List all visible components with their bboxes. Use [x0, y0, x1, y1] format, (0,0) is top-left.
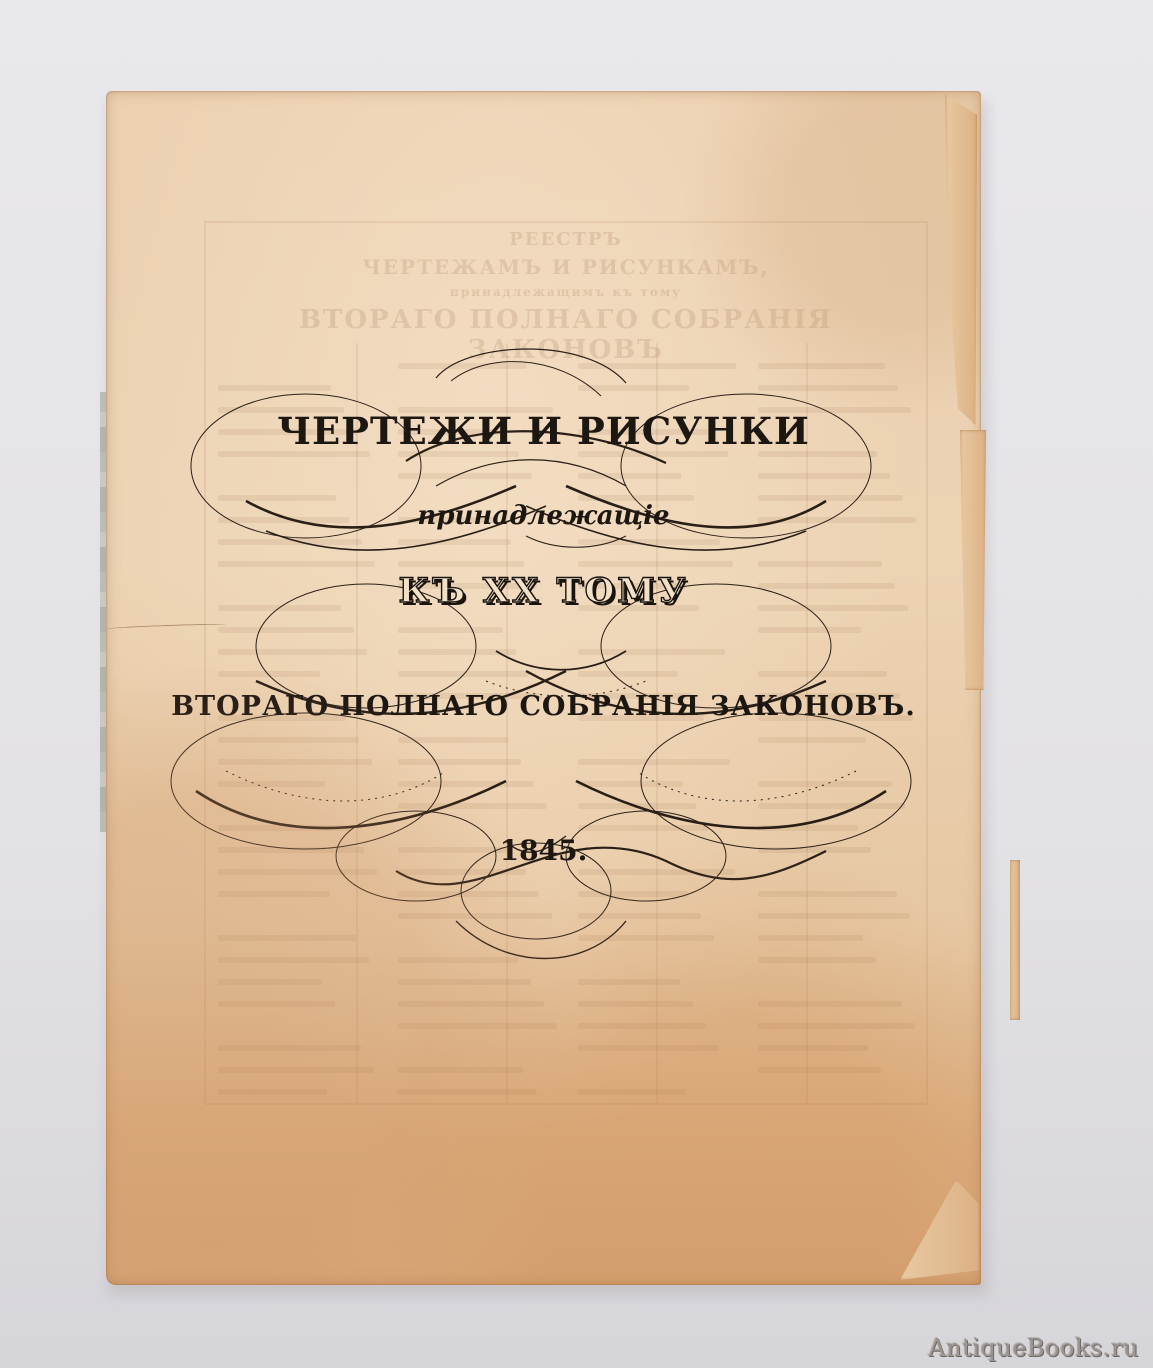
title-second-complete-collection-of-laws: ВТОРАГО ПОЛНАГО СОБРАНІЯ ЗАКОНОВЪ. — [106, 691, 981, 722]
watermark: AntiqueBooks.ru — [928, 1334, 1139, 1362]
torn-edge-fragment — [1010, 860, 1020, 1020]
title-page: РЕЕСТРЪ ЧЕРТЕЖАМЪ И РИСУНКАМЪ, принадлеж… — [106, 91, 981, 1285]
title-belonging: принадлежащіе — [106, 501, 981, 531]
calligraphic-flourishes — [106, 91, 981, 1285]
spine-remnant — [100, 392, 106, 832]
title-volume-xx: КЪ XX ТОМУ — [106, 571, 981, 611]
title-drawings-and-pictures: ЧЕРТЕЖИ И РИСУНКИ — [106, 409, 981, 453]
publication-year: 1845. — [106, 834, 981, 867]
